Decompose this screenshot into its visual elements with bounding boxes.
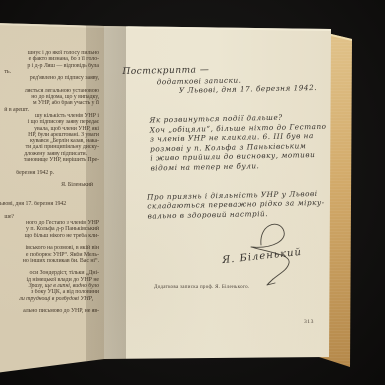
photo-caption: Додаткова записка проф. Я. Біленького.: [154, 285, 249, 290]
signature-flourish: [209, 217, 319, 317]
handwritten-note: Постскрипта — додаткові записки. У Львов…: [116, 64, 324, 222]
signature: Я. Біленький: [209, 217, 319, 317]
text-line: ально письмово до УНР, не яв-: [0, 308, 99, 314]
photo-background: шнує і до якої голосу пильно е факто виз…: [0, 0, 385, 385]
left-page-text: шнує і до якої голосу пильно е факто виз…: [0, 50, 99, 314]
right-page-content: Постскрипта — додаткові записки. У Львов…: [104, 27, 331, 357]
page-number: 313: [304, 319, 314, 325]
